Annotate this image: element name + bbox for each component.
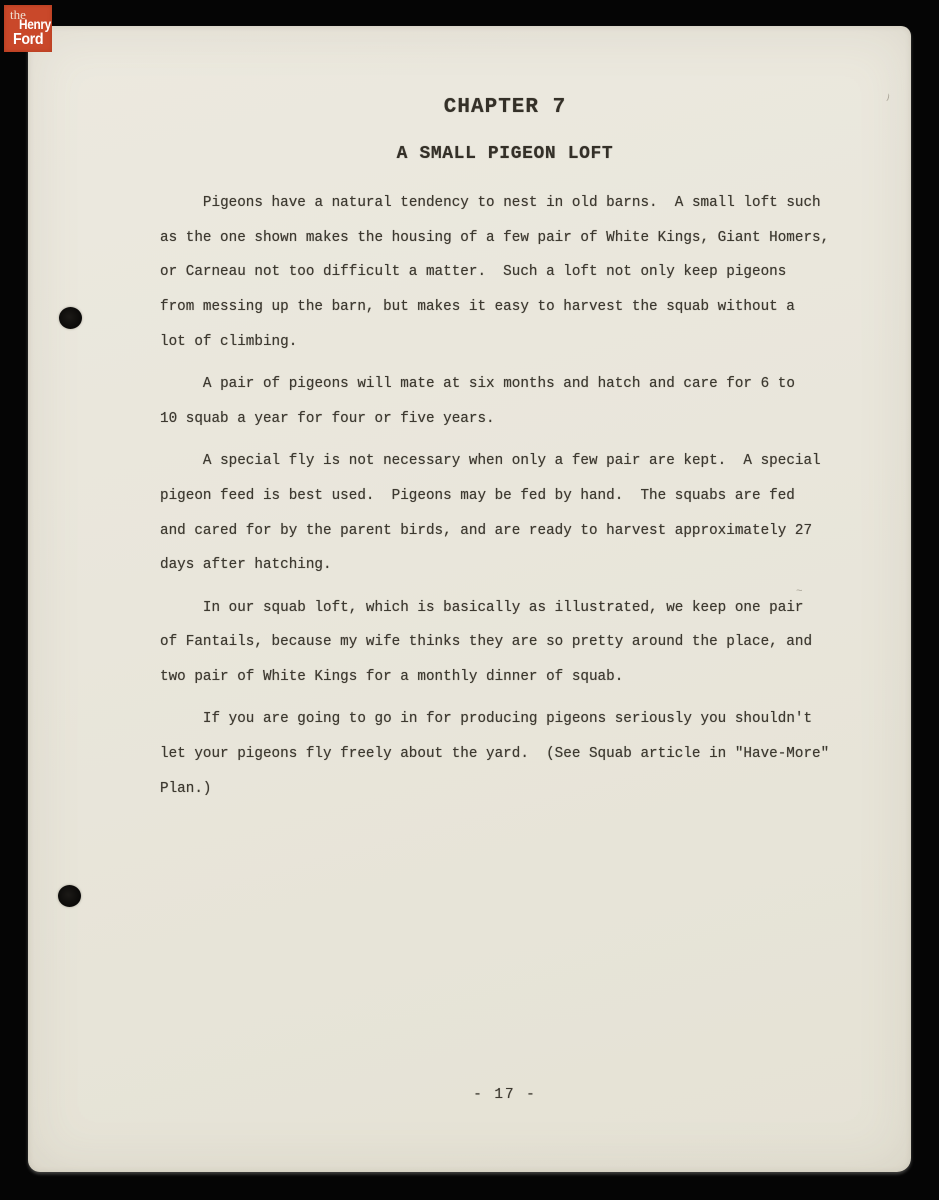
henry-ford-logo: the Henry Ford [4, 5, 52, 52]
scan-speck-mark [882, 92, 890, 101]
hole-punch-top [59, 307, 82, 329]
chapter-title: CHAPTER 7 [160, 97, 850, 118]
paragraph-2: A pair of pigeons will mate at six month… [160, 367, 852, 436]
document-page: CHAPTER 7 A SMALL PIGEON LOFT Pigeons ha… [28, 26, 911, 1172]
logo-text-ford: Ford [13, 31, 43, 49]
paragraph-1: Pigeons have a natural tendency to nest … [160, 186, 852, 360]
page-number: - 17 - [160, 1087, 850, 1103]
body-text: Pigeons have a natural tendency to nest … [160, 186, 852, 814]
paragraph-3: A special fly is not necessary when only… [160, 444, 852, 583]
paragraph-5: If you are going to go in for producing … [160, 702, 852, 806]
scanned-page-background: CHAPTER 7 A SMALL PIGEON LOFT Pigeons ha… [0, 0, 939, 1200]
logo-text-henry: Henry [19, 17, 51, 32]
scan-speck-mark: ~ [796, 586, 803, 598]
paragraph-4: In our squab loft, which is basically as… [160, 591, 852, 695]
hole-punch-bottom [58, 885, 81, 907]
section-title: A SMALL PIGEON LOFT [160, 145, 850, 163]
